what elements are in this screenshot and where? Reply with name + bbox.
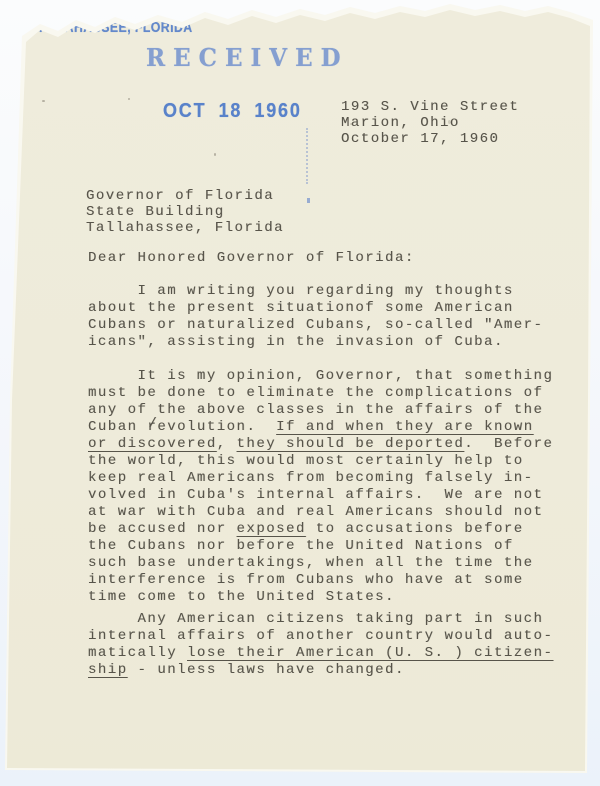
address-line: State Building — [86, 204, 284, 220]
letter-line: or discovered, they should be deported. … — [88, 436, 553, 453]
letter-line: I am writing you regarding my thoughts — [88, 283, 543, 300]
letter-line: Cubans or naturalized Cubans, so-called … — [88, 317, 543, 334]
letter-line: keep real Americans from becoming falsel… — [88, 470, 553, 487]
address-line: 193 S. Vine Street — [341, 99, 519, 115]
paper-speck — [350, 123, 353, 125]
paper-speck — [448, 120, 451, 124]
address-line: October 17, 1960 — [341, 131, 519, 147]
letter-line: about the present situationof some Ameri… — [88, 300, 543, 317]
letter-paragraph-1: I am writing you regarding my thoughtsab… — [88, 283, 543, 351]
letter-line: at war with Cuba and real Americans shou… — [88, 504, 553, 521]
letter-line: internal affairs of another country woul… — [88, 628, 553, 645]
paper-speck — [214, 153, 216, 156]
scan-artifact-blue-tick — [307, 198, 310, 203]
letter-line: must be done to eliminate the complicati… — [88, 385, 553, 402]
address-line: Tallahassee, Florida — [86, 220, 284, 236]
scanned-letter: RECEIVED OCT 18 1960 GOVERNOR'S OFFICE T… — [0, 0, 600, 786]
sender-address: 193 S. Vine StreetMarion, OhioOctober 17… — [341, 99, 519, 147]
letter-paper: RECEIVED OCT 18 1960 GOVERNOR'S OFFICE T… — [0, 0, 600, 786]
letter-line: icans", assisting in the invasion of Cub… — [88, 334, 543, 351]
letter-paragraph-2: It is my opinion, Governor, that somethi… — [88, 368, 553, 606]
letter-line: Any American citizens taking part in suc… — [88, 611, 553, 628]
letter-line: It is my opinion, Governor, that somethi… — [88, 368, 553, 385]
letter-line: the world, this would most certainly hel… — [88, 453, 553, 470]
letter-line: time come to the United States. — [88, 589, 553, 606]
office-stamp-line1: GOVERNOR'S OFFICE — [17, 0, 208, 19]
letter-line: such base undertakings, when all the tim… — [88, 555, 553, 572]
letter-line: volved in Cuba's internal affairs. We ar… — [88, 487, 553, 504]
letter-line: ship - unless laws have changed. — [88, 662, 553, 679]
letter-line: the Cubans nor before the United Nations… — [88, 538, 553, 555]
letter-line: be accused nor exposed to accusations be… — [88, 521, 553, 538]
recipient-address: Governor of FloridaState BuildingTallaha… — [86, 188, 284, 236]
letter-line: Cuban revolution. If and when they are k… — [88, 419, 553, 436]
salutation: Dear Honored Governor of Florida: — [88, 250, 415, 267]
letter-paragraph-3: Any American citizens taking part in suc… — [88, 611, 553, 679]
paper-speck — [128, 98, 130, 100]
paper-speck — [42, 100, 45, 102]
address-line: Marion, Ohio — [341, 115, 519, 131]
address-line: Governor of Florida — [86, 188, 284, 204]
letter-line: interference is from Cubans who have at … — [88, 572, 553, 589]
letter-line: matically lose their American (U. S. ) c… — [88, 645, 553, 662]
scan-artifact-blue-dashes — [306, 128, 308, 184]
received-stamp: RECEIVED — [146, 44, 349, 72]
date-stamp: OCT 18 1960 — [163, 100, 302, 123]
